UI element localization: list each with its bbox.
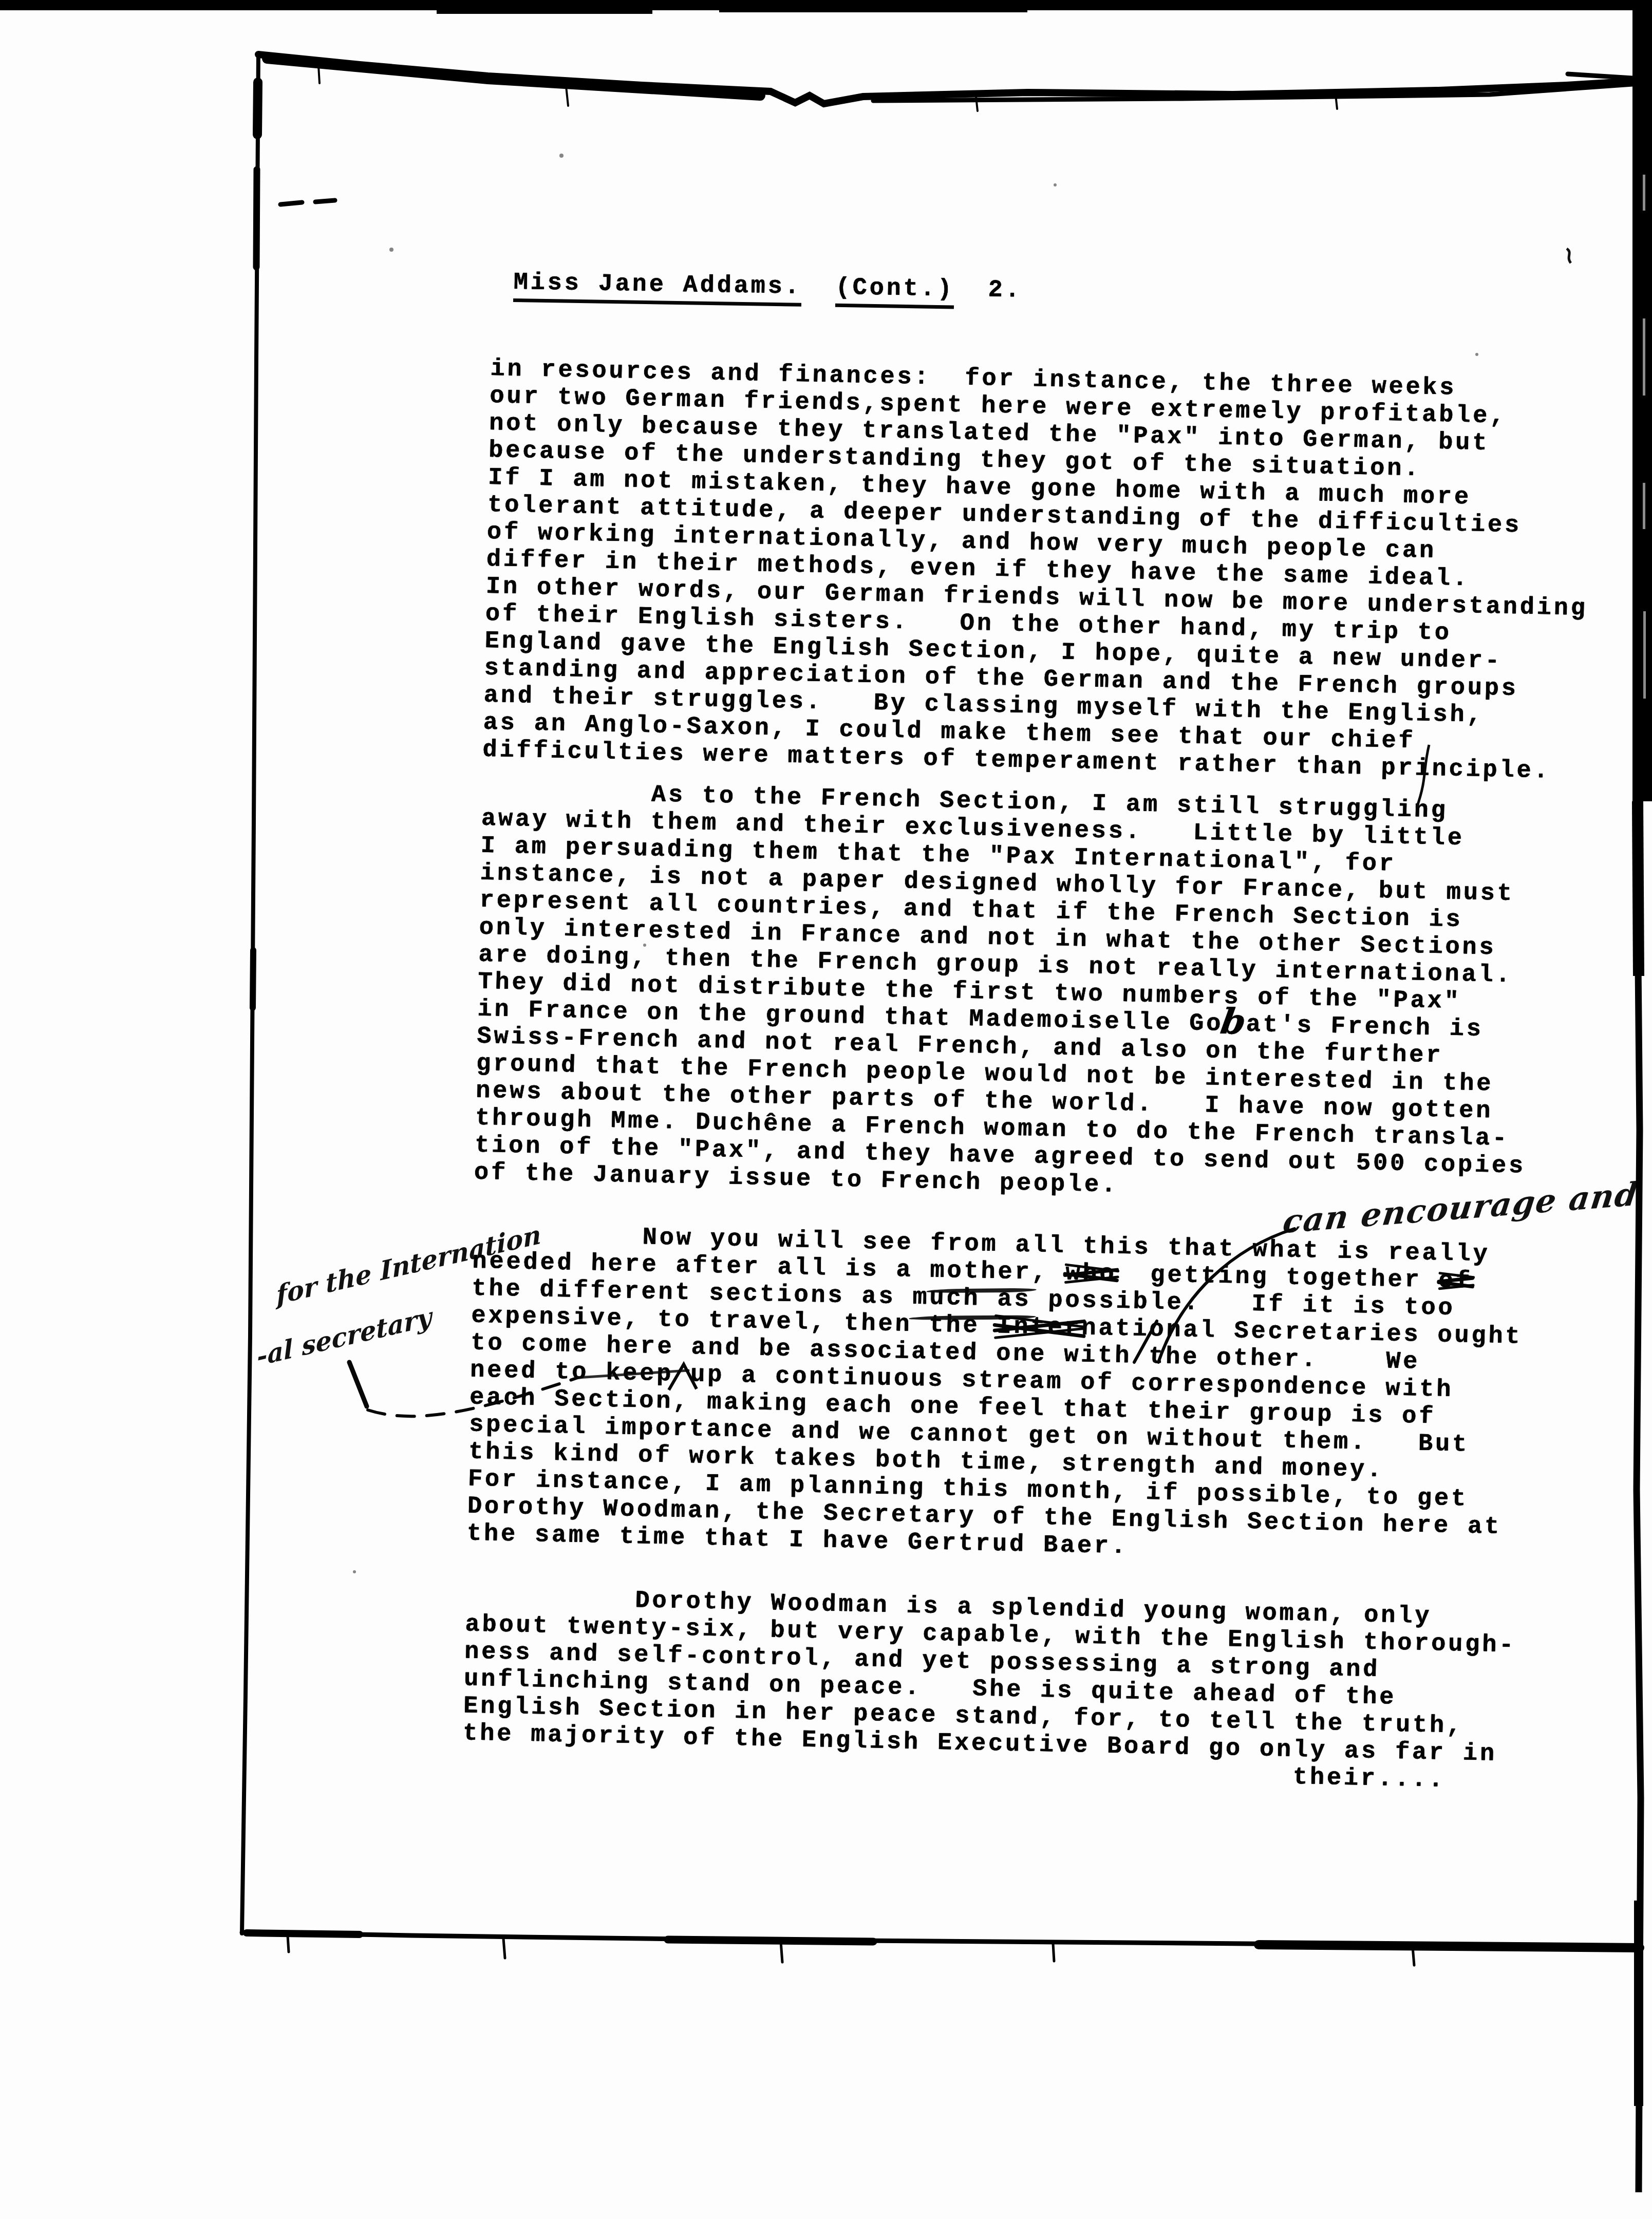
annotated-word: who (1065, 1260, 1117, 1288)
annotated-word: of (1438, 1267, 1473, 1295)
paragraph: Now you will see from all this that what… (466, 1221, 1575, 1570)
title-cont: (Cont.) (835, 274, 954, 309)
paragraph: in resources and finances: for instance,… (482, 355, 1592, 786)
torn-bottom-edge (242, 1932, 1640, 1965)
annotated-word: b (1221, 1022, 1248, 1022)
paragraph: Dorothy Woodman is a splendid young woma… (462, 1584, 1568, 1797)
left-page-border (242, 53, 258, 1933)
annotated-word: mother (930, 1257, 1032, 1287)
paragraph: As to the French Section, I am still str… (474, 778, 1584, 1209)
annotated-word: much as (912, 1284, 1031, 1314)
margin-note-line2: -al secretary (256, 1301, 432, 1372)
letter-body: in resources and finances: for instance,… (462, 355, 1592, 1796)
page-title: Miss Jane Addams. (Cont.) 2. (513, 269, 1022, 305)
film-right-strip (1567, 0, 1652, 2192)
torn-top-edge (258, 54, 1634, 111)
stray-dash-marks (280, 200, 335, 204)
film-top-bar (0, 0, 1652, 14)
annotated-word: Inter (997, 1313, 1082, 1342)
title-name: Miss Jane Addams. (513, 269, 802, 307)
title-page-number: 2. (988, 277, 1022, 305)
title-gap (801, 274, 836, 302)
edge-squiggle-mark (1567, 249, 1571, 263)
scanned-letter-page: Miss Jane Addams. (Cont.) 2. in resource… (0, 0, 1652, 2219)
title-gap2 (954, 276, 988, 304)
